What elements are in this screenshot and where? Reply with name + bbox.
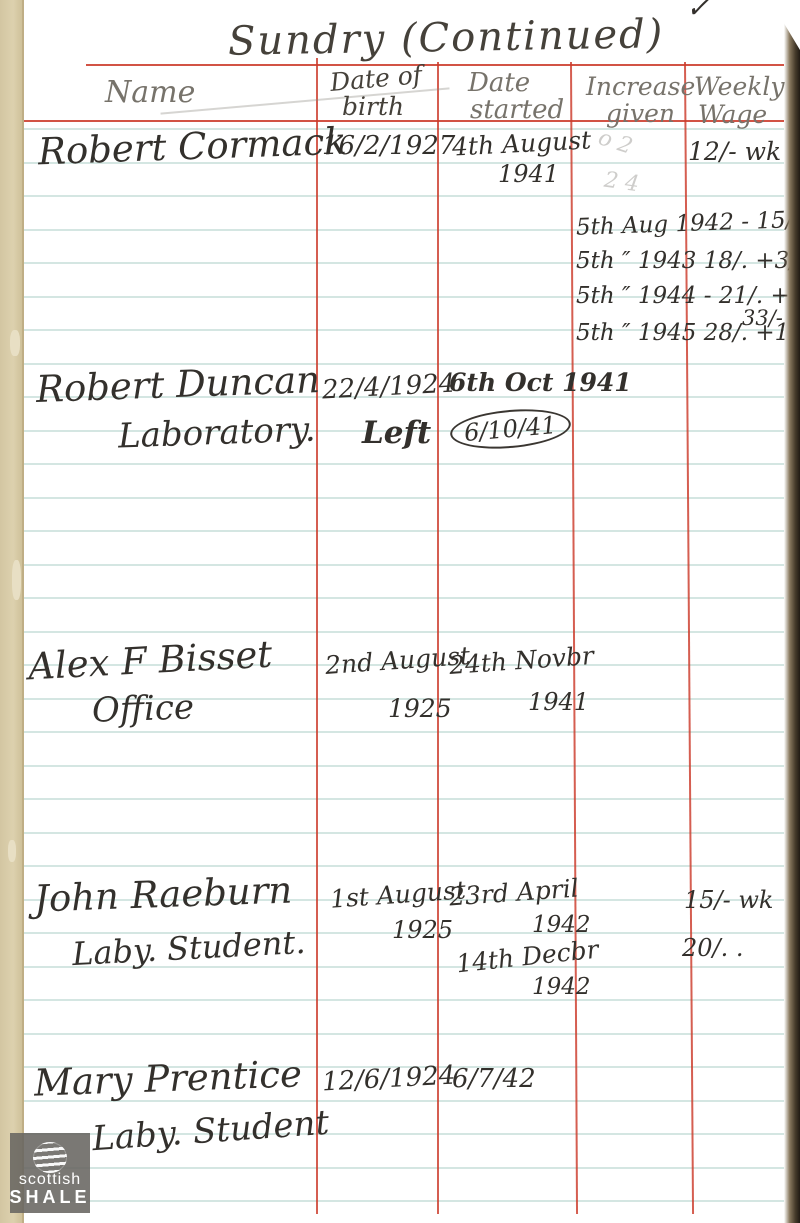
ruled-line: [20, 1033, 784, 1035]
ruled-line: [20, 463, 784, 465]
faint-pencil-figures: 2 4: [603, 170, 641, 197]
column-header-wage-line1: Weekly: [694, 74, 785, 99]
ruled-line: [20, 195, 784, 197]
entry-date-started-1: 23rd April: [448, 876, 579, 910]
entry-name: Robert Duncan: [35, 361, 320, 408]
entry-left-note: Left: [362, 418, 431, 449]
column-header-increase-line1: Increase: [586, 74, 695, 99]
increase-total: 33/-: [742, 308, 783, 329]
column-rule-1: [316, 58, 318, 1214]
ruled-line: [20, 999, 784, 1001]
book-edge-shadow: [784, 0, 800, 1223]
entry-dob-year: 1925: [392, 918, 453, 942]
column-header-dob-line1: Date of: [329, 62, 423, 95]
entry-name: Mary Prentice: [33, 1055, 302, 1101]
header-top-rule: [86, 64, 784, 66]
column-header-name: Name: [105, 78, 195, 108]
ruled-line: [20, 564, 784, 566]
entry-role: Laby. Student: [91, 1106, 330, 1156]
pencil-stroke: [160, 87, 449, 114]
column-header-started-line1: Date: [468, 70, 530, 96]
entry-weekly-wage-1: 15/- wk: [684, 888, 773, 912]
scottish-shale-watermark: scottish SHALE: [10, 1133, 90, 1213]
ruled-line: [20, 1167, 784, 1169]
page-corner-background: [770, 0, 800, 50]
entry-role: Laboratory.: [117, 413, 316, 454]
increase-entry-1944: 5th ″ 1944 - 21/. +6/+6/: [576, 285, 800, 308]
ruled-line: [20, 530, 784, 532]
entry-name: John Raeburn: [33, 872, 292, 918]
ruled-line: [20, 798, 784, 800]
page-title: Sundry (Continued): [228, 14, 665, 62]
entry-date-started-2-year: 1942: [532, 976, 591, 999]
column-rule-2: [437, 62, 439, 1214]
torn-page-edge: [0, 0, 24, 1223]
entry-role: Office: [91, 690, 194, 728]
entry-date-started-2: 14th Decbr: [455, 937, 600, 977]
column-header-increase-line2: given: [606, 101, 675, 126]
entry-date-started-1-year: 1942: [532, 914, 591, 937]
column-header-dob-line2: birth: [342, 94, 404, 119]
ruled-line: [20, 765, 784, 767]
watermark-text-line2: SHALE: [10, 1188, 91, 1208]
increase-entry-1943: 5th ″ 1943 18/. +3/: [576, 250, 797, 273]
pen-mark: ✓: [686, 0, 709, 22]
entry-role: Laby. Student.: [71, 926, 306, 970]
ruled-line: [20, 597, 784, 599]
entry-date-started-year: 1941: [528, 690, 589, 714]
ruled-line: [20, 1200, 784, 1202]
ruled-line: [20, 731, 784, 733]
ruled-line: [20, 832, 784, 834]
watermark-text-line1: scottish: [19, 1171, 81, 1189]
entry-weekly-wage-2: 20/. .: [682, 936, 744, 960]
column-header-wage-line2: Wage: [698, 102, 767, 127]
entry-dob: 12/6/1924: [321, 1063, 456, 1096]
entry-dob: 1st August: [329, 877, 466, 911]
ruled-line: [20, 497, 784, 499]
entry-dob: 22/4/1924: [321, 371, 456, 404]
faint-pencil-figures: o 2: [595, 127, 634, 159]
ledger-page-scan: Sundry (Continued) ✓ Name Date of birth …: [0, 0, 800, 1223]
increase-entry-1942: 5th Aug 1942 - 15/. +3/: [576, 207, 800, 240]
entry-name: Alex F Bisset: [27, 636, 273, 686]
entry-date-started: 6th Oct 1941: [449, 370, 632, 395]
globe-icon: [33, 1142, 67, 1173]
entry-date-started-note: 6/10/41: [449, 405, 572, 453]
entry-dob: 16/2/1927: [322, 133, 455, 159]
entry-date-started: 4th August: [451, 127, 591, 159]
column-header-started-line2: started: [470, 97, 564, 123]
entry-dob-year: 1925: [388, 696, 452, 721]
entry-date-started-year: 1941: [498, 162, 559, 186]
entry-weekly-wage: 12/- wk: [688, 139, 781, 164]
ruled-line: [20, 631, 784, 633]
entry-date-started: 6/7/42: [452, 1066, 536, 1092]
ruled-line: [20, 865, 784, 867]
entry-name: Robert Cormack: [37, 123, 347, 171]
